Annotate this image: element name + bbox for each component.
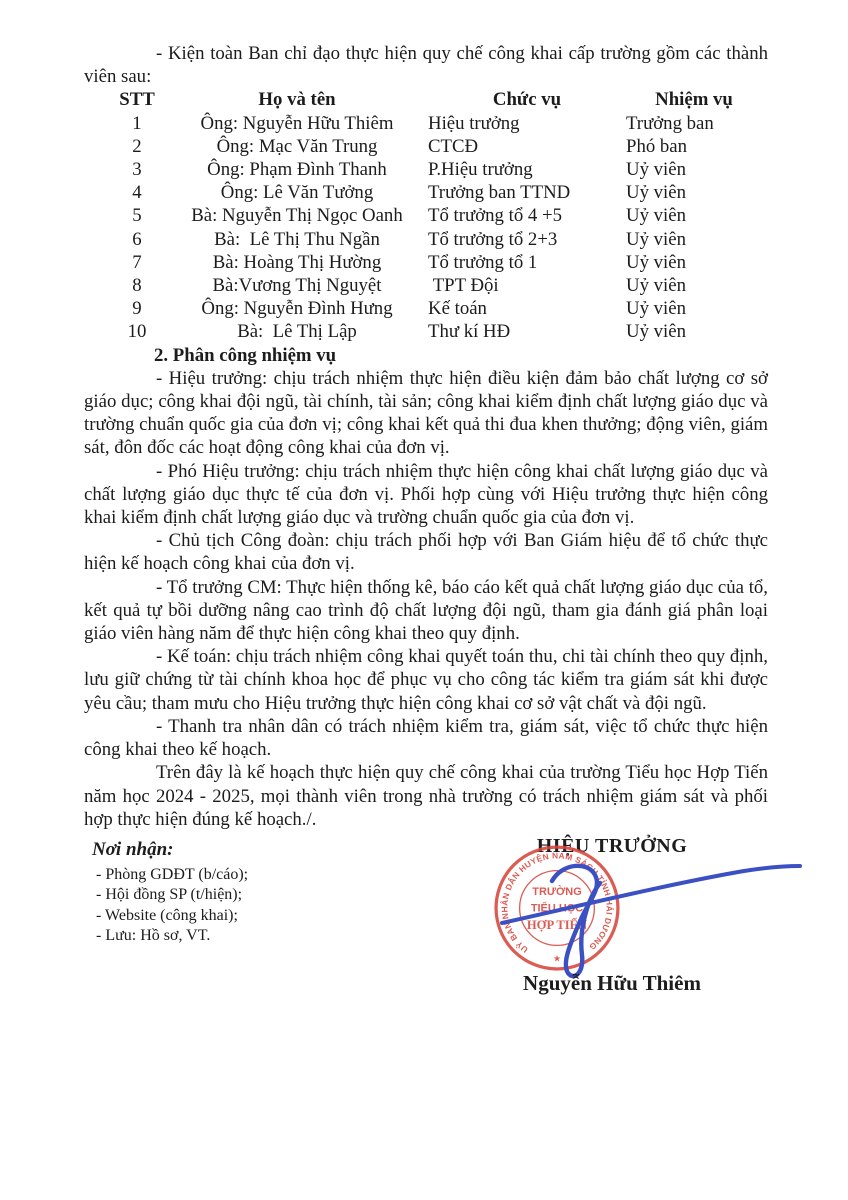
table-row: Uỷ viên xyxy=(626,228,762,251)
table-row: Uỷ viên xyxy=(626,320,762,343)
table-header-duty: Nhiệm vụ xyxy=(626,88,762,111)
signer-name: Nguyễn Hữu Thiêm xyxy=(502,971,722,996)
paragraph-union-chair: - Chủ tịch Công đoàn: chịu trách phối hợ… xyxy=(84,529,768,575)
table-row: CTCĐ xyxy=(428,135,626,158)
table-row: Ông: Mạc Văn Trung xyxy=(166,135,428,158)
table-row: Ông: Nguyễn Hữu Thiêm xyxy=(166,112,428,135)
table-row: 8 xyxy=(108,274,166,297)
paragraph-principal: - Hiệu trưởng: chịu trách nhiệm thực hiệ… xyxy=(84,367,768,460)
table-row: 9 xyxy=(108,297,166,320)
stamp-center-line1: TRƯỜNG xyxy=(532,885,581,898)
stamp-center-line2: TIỂU HỌC xyxy=(531,901,583,914)
table-row: Bà:Vương Thị Nguyệt xyxy=(166,274,428,297)
recipients-list: - Phòng GDĐT (b/cáo); - Hội đồng SP (t/h… xyxy=(96,865,248,947)
table-row: Uỷ viên xyxy=(626,158,762,181)
table-row: Trưởng ban TTND xyxy=(428,181,626,204)
table-row: Bà: Lê Thị Lập xyxy=(166,320,428,343)
table-row: 5 xyxy=(108,204,166,227)
table-header-stt: STT xyxy=(108,88,166,111)
table-row: Uỷ viên xyxy=(626,181,762,204)
document-footer: Nơi nhận: - Phòng GDĐT (b/cáo); - Hội đồ… xyxy=(84,835,768,1155)
table-row: 10 xyxy=(108,320,166,343)
table-row: Kế toán xyxy=(428,297,626,320)
table-header-name: Họ và tên xyxy=(166,88,428,111)
list-item: - Hội đồng SP (t/hiện); xyxy=(96,885,248,906)
paragraph-accountant: - Kế toán: chịu trách nhiệm công khai qu… xyxy=(84,645,768,715)
table-row: P.Hiệu trưởng xyxy=(428,158,626,181)
section-heading: 2. Phân công nhiệm vụ xyxy=(84,344,768,367)
list-item: - Phòng GDĐT (b/cáo); xyxy=(96,865,248,886)
table-row: 6 xyxy=(108,228,166,251)
paragraph-vice-principal: - Phó Hiệu trưởng: chịu trách nhiệm thực… xyxy=(84,460,768,530)
table-row: Uỷ viên xyxy=(626,274,762,297)
document-page: - Kiện toàn Ban chỉ đạo thực hiện quy ch… xyxy=(0,0,848,1200)
list-item: - Website (công khai); xyxy=(96,906,248,927)
table-row: Trưởng ban xyxy=(626,112,762,135)
table-row: 2 xyxy=(108,135,166,158)
paragraph-inspector: - Thanh tra nhân dân có trách nhiệm kiểm… xyxy=(84,715,768,761)
table-row: 3 xyxy=(108,158,166,181)
intro-paragraph: - Kiện toàn Ban chỉ đạo thực hiện quy ch… xyxy=(84,42,768,88)
table-row: Tổ trưởng tổ 4 +5 xyxy=(428,204,626,227)
table-row: Uỷ viên xyxy=(626,204,762,227)
table-row: Uỷ viên xyxy=(626,297,762,320)
stamp-center-line3: HỢP TIẾN xyxy=(527,917,587,932)
table-row: Tổ trưởng tổ 1 xyxy=(428,251,626,274)
stamp-star-icon: ★ xyxy=(553,954,561,964)
document-content: - Kiện toàn Ban chỉ đạo thực hiện quy ch… xyxy=(0,0,848,1155)
table-row: Ông: Lê Văn Tưởng xyxy=(166,181,428,204)
table-row: Bà: Hoàng Thị Hường xyxy=(166,251,428,274)
paragraph-closing: Trên đây là kế hoạch thực hiện quy chế c… xyxy=(84,761,768,831)
table-row: Ông: Phạm Đình Thanh xyxy=(166,158,428,181)
paragraph-team-leader: - Tổ trưởng CM: Thực hiện thống kê, báo … xyxy=(84,576,768,646)
members-table: STT Họ và tên Chức vụ Nhiệm vụ 1 Ông: Ng… xyxy=(108,88,768,343)
table-header-position: Chức vụ xyxy=(428,88,626,111)
table-row: Phó ban xyxy=(626,135,762,158)
table-row: 7 xyxy=(108,251,166,274)
table-row: Hiệu trưởng xyxy=(428,112,626,135)
table-row: Uỷ viên xyxy=(626,251,762,274)
table-row: 1 xyxy=(108,112,166,135)
table-row: Bà: Nguyễn Thị Ngọc Oanh xyxy=(166,204,428,227)
school-stamp-icon: UỶ BAN NHÂN DÂN HUYỆN NAM SÁCH TỈNH HẢI … xyxy=(492,843,622,973)
table-row: TPT Đội xyxy=(428,274,626,297)
table-row: Ông: Nguyễn Đình Hưng xyxy=(166,297,428,320)
table-row: Thư kí HĐ xyxy=(428,320,626,343)
recipients-title: Nơi nhận: xyxy=(92,839,173,861)
list-item: - Lưu: Hồ sơ, VT. xyxy=(96,926,248,947)
table-row: Bà: Lê Thị Thu Ngần xyxy=(166,228,428,251)
table-row: 4 xyxy=(108,181,166,204)
table-row: Tổ trưởng tổ 2+3 xyxy=(428,228,626,251)
